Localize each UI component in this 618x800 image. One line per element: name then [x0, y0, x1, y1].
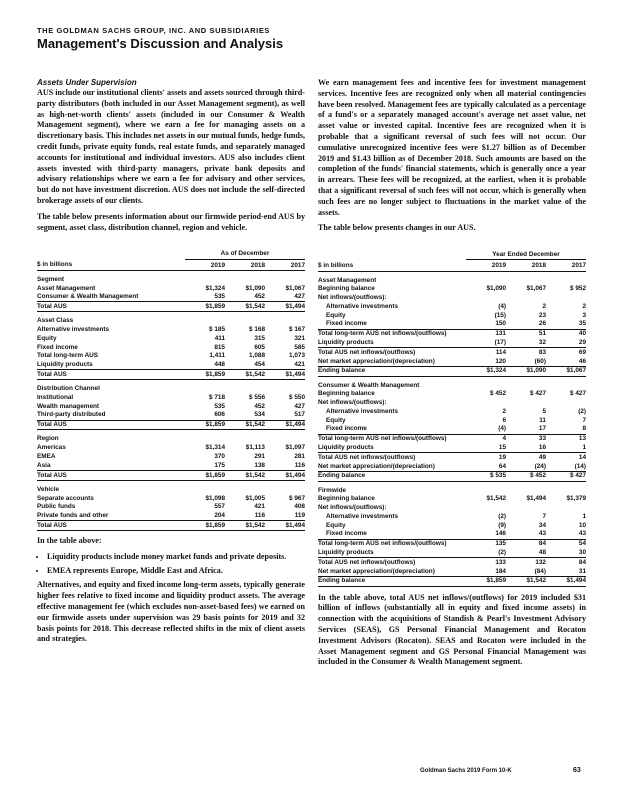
cell-value: 43 [506, 530, 546, 539]
cell-value: $1,494 [546, 576, 586, 586]
row-label: Asia [37, 461, 185, 470]
note-list: Liquidity products include money market … [37, 552, 305, 577]
cell-value: 408 [265, 503, 305, 512]
row-label: Liquidity products [37, 361, 185, 370]
cell-value: $ 952 [546, 285, 586, 294]
unit-label: $ in billions [37, 259, 185, 270]
row-label: Total long-term AUS net inflows/(outflow… [318, 434, 466, 443]
cell-value: 33 [506, 434, 546, 443]
table-row: Alternative investments(4)22 [318, 302, 586, 311]
cell-value: $1,067 [506, 285, 546, 294]
cell-value: 29 [546, 338, 586, 347]
paragraph: In the table above, total AUS net inflow… [318, 593, 586, 669]
year-header: 2017 [265, 259, 305, 270]
cell-value: $1,542 [225, 470, 265, 480]
paragraph: Alternatives, and equity and fixed incom… [37, 580, 305, 645]
cell-value: 133 [466, 558, 506, 567]
cell-value: 83 [506, 348, 546, 357]
cell-value: $ 535 [466, 471, 506, 481]
cell-value: (9) [466, 521, 506, 530]
cell-value: 14 [546, 453, 586, 462]
cell-value: (2) [546, 407, 586, 416]
cell-value: $1,090 [466, 285, 506, 294]
table-row: Ending balance$ 535$ 452$ 427 [318, 471, 586, 481]
cell-value: 32 [506, 338, 546, 347]
table-caption: As of December [185, 238, 305, 259]
cell-value: $1,379 [546, 495, 586, 504]
section-title: Asset Management [318, 271, 586, 285]
paragraph: The table below presents information abo… [37, 212, 305, 234]
cell-value: 64 [466, 462, 506, 471]
section-title: Consumer & Wealth Management [318, 376, 586, 390]
cell-value: 535 [185, 293, 225, 302]
cell-value: $1,859 [185, 420, 225, 430]
table-row: Equity411315321 [37, 334, 305, 343]
year-header: 2018 [225, 259, 265, 270]
table-row: Beginning balance$1,542$1,494$1,379 [318, 495, 586, 504]
row-label: Institutional [37, 393, 185, 402]
cell-value: $1,494 [265, 420, 305, 430]
cell-value: $1,859 [185, 370, 225, 380]
row-label: Total long-term AUS net inflows/(outflow… [318, 539, 466, 548]
cell-value: $1,859 [185, 470, 225, 480]
cell-value: 281 [265, 452, 305, 461]
cell-value: $ 427 [546, 471, 586, 481]
aus-changes-table: Year Ended December$ in billions20192018… [318, 239, 586, 586]
row-label: Separate accounts [37, 494, 185, 503]
table-row: Fixed income(4)178 [318, 425, 586, 434]
cell-value: 10 [546, 521, 586, 530]
cell-value: 448 [185, 361, 225, 370]
cell-value: 557 [185, 503, 225, 512]
cell-value: $1,494 [265, 370, 305, 380]
cell-value: 15 [466, 443, 506, 452]
cell-value: 2 [546, 302, 586, 311]
year-header: 2018 [506, 260, 546, 271]
cell-value: $ 427 [546, 390, 586, 399]
row-label: Public funds [37, 503, 185, 512]
row-label: EMEA [37, 452, 185, 461]
row-label: Alternative investments [318, 512, 466, 521]
cell-value: 452 [225, 402, 265, 411]
cell-value: $1,067 [546, 366, 586, 376]
cell-value: 2 [506, 302, 546, 311]
cell-value: 23 [506, 311, 546, 320]
cell-value: $1,542 [225, 521, 265, 531]
row-label: Total long-term AUS net inflows/(outflow… [318, 329, 466, 338]
row-label: Fixed income [318, 320, 466, 329]
note-item: EMEA represents Europe, Middle East and … [47, 566, 305, 577]
cell-value: 40 [546, 329, 586, 338]
section-title: Asset Class [37, 312, 305, 326]
cell-value: 69 [546, 348, 586, 357]
cell-value: $ 550 [265, 393, 305, 402]
table-row: Total AUS$1,859$1,542$1,494 [37, 302, 305, 312]
paragraph: AUS include our institutional clients' a… [37, 88, 305, 207]
year-header: 2019 [466, 260, 506, 271]
paragraph: The table below presents changes in our … [318, 223, 586, 234]
table-row: Total AUS net inflows/(outflows)13313284 [318, 558, 586, 567]
cell-value: $1,542 [466, 495, 506, 504]
cell-value [546, 504, 586, 513]
cell-value: (4) [466, 302, 506, 311]
cell-value: 150 [466, 320, 506, 329]
table-row: Total long-term AUS1,4111,0881,073 [37, 352, 305, 361]
cell-value: 46 [546, 357, 586, 366]
table-row: Net inflows/(outflows): [318, 294, 586, 303]
cell-value: 54 [546, 539, 586, 548]
table-row: Alternative investments25(2) [318, 407, 586, 416]
cell-value: 421 [265, 361, 305, 370]
row-label: Alternative investments [318, 407, 466, 416]
row-label: Equity [37, 334, 185, 343]
row-label: Total AUS [37, 420, 185, 430]
table-row: Equity(9)3410 [318, 521, 586, 530]
table-row: Asia175138116 [37, 461, 305, 470]
table-row: Beginning balance$1,090$1,067$ 952 [318, 285, 586, 294]
row-label: Equity [318, 521, 466, 530]
cell-value: (14) [546, 462, 586, 471]
cell-value: (2) [466, 548, 506, 557]
cell-value: 135 [466, 539, 506, 548]
cell-value: 606 [185, 411, 225, 420]
cell-value: 5 [506, 407, 546, 416]
row-label: Alternative investments [318, 302, 466, 311]
page-header: The Goldman Sachs Group, Inc. and Subsid… [37, 26, 597, 51]
row-label: Net inflows/(outflows): [318, 294, 466, 303]
row-label: Beginning balance [318, 285, 466, 294]
cell-value: 452 [225, 293, 265, 302]
cell-value: 175 [185, 461, 225, 470]
table-row: Third-party distributed606534517 [37, 411, 305, 420]
row-label: Fixed income [318, 425, 466, 434]
cell-value: 11 [506, 416, 546, 425]
table-row: Public funds557421408 [37, 503, 305, 512]
table-row: Fixed income1464343 [318, 530, 586, 539]
cell-value: $1,542 [225, 420, 265, 430]
cell-value: 585 [265, 343, 305, 352]
cell-value: 315 [225, 334, 265, 343]
row-label: Wealth management [37, 402, 185, 411]
year-header: 2019 [185, 259, 225, 270]
row-label: Private funds and other [37, 512, 185, 521]
cell-value: (84) [506, 567, 546, 576]
cell-value: 427 [265, 293, 305, 302]
row-label: Total AUS net inflows/(outflows) [318, 558, 466, 567]
row-label: Consumer & Wealth Management [37, 293, 185, 302]
row-label: Net market appreciation/(depreciation) [318, 357, 466, 366]
cell-value: 51 [506, 329, 546, 338]
cell-value: 291 [225, 452, 265, 461]
cell-value: (4) [466, 425, 506, 434]
row-label: Beginning balance [318, 390, 466, 399]
company-name: The Goldman Sachs Group, Inc. and Subsid… [37, 26, 597, 35]
table-row: Net market appreciation/(depreciation)12… [318, 357, 586, 366]
cell-value: 120 [466, 357, 506, 366]
cell-value: 6 [466, 416, 506, 425]
table-row: Ending balance$1,859$1,542$1,494 [318, 576, 586, 586]
cell-value: 84 [506, 539, 546, 548]
table-row: Fixed income815605585 [37, 343, 305, 352]
cell-value: (15) [466, 311, 506, 320]
cell-value: (17) [466, 338, 506, 347]
cell-value: $1,494 [265, 521, 305, 531]
left-column: Assets Under Supervision AUS include our… [37, 78, 305, 650]
table-row: Beginning balance$ 452$ 427$ 427 [318, 390, 586, 399]
table-row: Americas$1,314$1,113$1,097 [37, 444, 305, 453]
table-row: Total AUS net inflows/(outflows)1148369 [318, 348, 586, 357]
cell-value: 16 [506, 443, 546, 452]
cell-value: $ 452 [466, 390, 506, 399]
table-row: Net inflows/(outflows): [318, 399, 586, 408]
cell-value: 49 [506, 453, 546, 462]
cell-value: $ 718 [185, 393, 225, 402]
row-label: Ending balance [318, 471, 466, 481]
row-label: Net inflows/(outflows): [318, 399, 466, 408]
cell-value: 534 [225, 411, 265, 420]
table-row: Consumer & Wealth Management535452427 [37, 293, 305, 302]
cell-value: 17 [506, 425, 546, 434]
cell-value [466, 399, 506, 408]
cell-value: 132 [506, 558, 546, 567]
row-label: Total AUS [37, 521, 185, 531]
section-title: Region [37, 430, 305, 444]
row-label: Liquidity products [318, 338, 466, 347]
table-row: Liquidity products448454421 [37, 361, 305, 370]
cell-value: $1,542 [225, 302, 265, 312]
row-label: Fixed income [318, 530, 466, 539]
cell-value: $1,542 [225, 370, 265, 380]
cell-value: (60) [506, 357, 546, 366]
cell-value: $ 185 [185, 325, 225, 334]
cell-value: 517 [265, 411, 305, 420]
table-row: Net market appreciation/(depreciation)18… [318, 567, 586, 576]
table-row: EMEA370291281 [37, 452, 305, 461]
row-label: Total AUS [37, 470, 185, 480]
cell-value: $1,090 [506, 366, 546, 376]
cell-value: 43 [546, 530, 586, 539]
cell-value: 3 [546, 311, 586, 320]
row-label: Total AUS net inflows/(outflows) [318, 453, 466, 462]
row-label: Asset Management [37, 284, 185, 293]
table-row: Ending balance$1,324$1,090$1,067 [318, 366, 586, 376]
cell-value [546, 294, 586, 303]
page-title: Management's Discussion and Analysis [37, 36, 597, 51]
cell-value: 48 [506, 548, 546, 557]
cell-value: 2 [466, 407, 506, 416]
cell-value [506, 399, 546, 408]
table-row: Liquidity products(2)4830 [318, 548, 586, 557]
cell-value: 204 [185, 512, 225, 521]
cell-value: 605 [225, 343, 265, 352]
cell-value: $1,859 [466, 576, 506, 586]
cell-value: 535 [185, 402, 225, 411]
cell-value: $1,090 [225, 284, 265, 293]
cell-value: 34 [506, 521, 546, 530]
table-row: Liquidity products15161 [318, 443, 586, 452]
table-row: Liquidity products(17)3229 [318, 338, 586, 347]
cell-value: 26 [506, 320, 546, 329]
table-row: Total long-term AUS net inflows/(outflow… [318, 329, 586, 338]
cell-value [546, 399, 586, 408]
aus-table: As of December$ in billions201920182017S… [37, 238, 305, 531]
note-heading: In the table above: [37, 536, 305, 547]
table-row: Total long-term AUS net inflows/(outflow… [318, 539, 586, 548]
cell-value [466, 294, 506, 303]
cell-value: 454 [225, 361, 265, 370]
row-label: Liquidity products [318, 548, 466, 557]
row-label: Alternative investments [37, 325, 185, 334]
table-row: Fixed income1502635 [318, 320, 586, 329]
row-label: Net market appreciation/(depreciation) [318, 567, 466, 576]
section-title: Segment [37, 270, 305, 284]
cell-value: $ 427 [506, 390, 546, 399]
cell-value: $1,005 [225, 494, 265, 503]
row-label: Third-party distributed [37, 411, 185, 420]
cell-value: 1 [546, 443, 586, 452]
cell-value: 1,073 [265, 352, 305, 361]
cell-value: 138 [225, 461, 265, 470]
cell-value: $1,314 [185, 444, 225, 453]
cell-value: $1,324 [466, 366, 506, 376]
cell-value: 35 [546, 320, 586, 329]
table-row: Total AUS$1,859$1,542$1,494 [37, 470, 305, 480]
cell-value: 84 [546, 558, 586, 567]
cell-value: 4 [466, 434, 506, 443]
cell-value: 1 [546, 512, 586, 521]
table-row: Separate accounts$1,098$1,005$ 967 [37, 494, 305, 503]
cell-value: 146 [466, 530, 506, 539]
row-label: Americas [37, 444, 185, 453]
table-row: Wealth management535452427 [37, 402, 305, 411]
cell-value: $1,098 [185, 494, 225, 503]
row-label: Net market appreciation/(depreciation) [318, 462, 466, 471]
cell-value: $1,494 [506, 495, 546, 504]
paragraph: We earn management fees and incentive fe… [318, 78, 586, 218]
cell-value: 1,088 [225, 352, 265, 361]
unit-label: $ in billions [318, 260, 466, 271]
table-row: Total AUS$1,859$1,542$1,494 [37, 521, 305, 531]
row-label: Total long-term AUS [37, 352, 185, 361]
row-label: Fixed income [37, 343, 185, 352]
cell-value: $ 556 [225, 393, 265, 402]
cell-value: $ 967 [265, 494, 305, 503]
table-row: Private funds and other204116119 [37, 512, 305, 521]
cell-value: 427 [265, 402, 305, 411]
cell-value: 1,411 [185, 352, 225, 361]
cell-value: 184 [466, 567, 506, 576]
cell-value [506, 504, 546, 513]
row-label: Total AUS [37, 370, 185, 380]
cell-value: 321 [265, 334, 305, 343]
table-caption: Year Ended December [466, 239, 586, 260]
row-label: Ending balance [318, 576, 466, 586]
table-row: Net inflows/(outflows): [318, 504, 586, 513]
table-row: Net market appreciation/(depreciation)64… [318, 462, 586, 471]
cell-value: 114 [466, 348, 506, 357]
cell-value [466, 504, 506, 513]
row-label: Total AUS net inflows/(outflows) [318, 348, 466, 357]
cell-value: 8 [546, 425, 586, 434]
table-row: Total AUS$1,859$1,542$1,494 [37, 420, 305, 430]
cell-value: $1,067 [265, 284, 305, 293]
table-row: Total AUS net inflows/(outflows)194914 [318, 453, 586, 462]
cell-value: 116 [225, 512, 265, 521]
cell-value: $1,324 [185, 284, 225, 293]
table-row: Alternative investments$ 185$ 168$ 167 [37, 325, 305, 334]
cell-value: $1,097 [265, 444, 305, 453]
year-header: 2017 [546, 260, 586, 271]
cell-value: $1,113 [225, 444, 265, 453]
page-number: 63 [573, 767, 581, 774]
cell-value: 31 [546, 567, 586, 576]
table-row: Equity(15)233 [318, 311, 586, 320]
cell-value: 7 [506, 512, 546, 521]
row-label: Equity [318, 416, 466, 425]
cell-value: 13 [546, 434, 586, 443]
cell-value: 370 [185, 452, 225, 461]
table-row: Institutional$ 718$ 556$ 550 [37, 393, 305, 402]
section-heading: Assets Under Supervision [37, 78, 305, 87]
section-title: Vehicle [37, 480, 305, 494]
cell-value: 131 [466, 329, 506, 338]
cell-value: (24) [506, 462, 546, 471]
cell-value: $ 168 [225, 325, 265, 334]
row-label: Net inflows/(outflows): [318, 504, 466, 513]
row-label: Beginning balance [318, 495, 466, 504]
row-label: Total AUS [37, 302, 185, 312]
cell-value: 116 [265, 461, 305, 470]
table-row: Total long-term AUS net inflows/(outflow… [318, 434, 586, 443]
table-row: Asset Management$1,324$1,090$1,067 [37, 284, 305, 293]
cell-value: $ 452 [506, 471, 546, 481]
note-item: Liquidity products include money market … [47, 552, 305, 563]
cell-value [506, 294, 546, 303]
table-row: Total AUS$1,859$1,542$1,494 [37, 370, 305, 380]
cell-value: $ 167 [265, 325, 305, 334]
cell-value: 421 [225, 503, 265, 512]
cell-value: 7 [546, 416, 586, 425]
table-row: Alternative investments(2)71 [318, 512, 586, 521]
cell-value: $1,542 [506, 576, 546, 586]
row-label: Ending balance [318, 366, 466, 376]
cell-value: 19 [466, 453, 506, 462]
section-title: Distribution Channel [37, 380, 305, 394]
cell-value: 411 [185, 334, 225, 343]
row-label: Liquidity products [318, 443, 466, 452]
cell-value: 815 [185, 343, 225, 352]
right-column: We earn management fees and incentive fe… [318, 78, 586, 673]
cell-value: 30 [546, 548, 586, 557]
table-row: Equity6117 [318, 416, 586, 425]
cell-value: $1,494 [265, 470, 305, 480]
cell-value: $1,859 [185, 521, 225, 531]
cell-value: $1,859 [185, 302, 225, 312]
section-title: Firmwide [318, 481, 586, 495]
cell-value: (2) [466, 512, 506, 521]
row-label: Equity [318, 311, 466, 320]
cell-value: 119 [265, 512, 305, 521]
footer-text: Goldman Sachs 2019 Form 10-K [420, 768, 512, 774]
cell-value: $1,494 [265, 302, 305, 312]
